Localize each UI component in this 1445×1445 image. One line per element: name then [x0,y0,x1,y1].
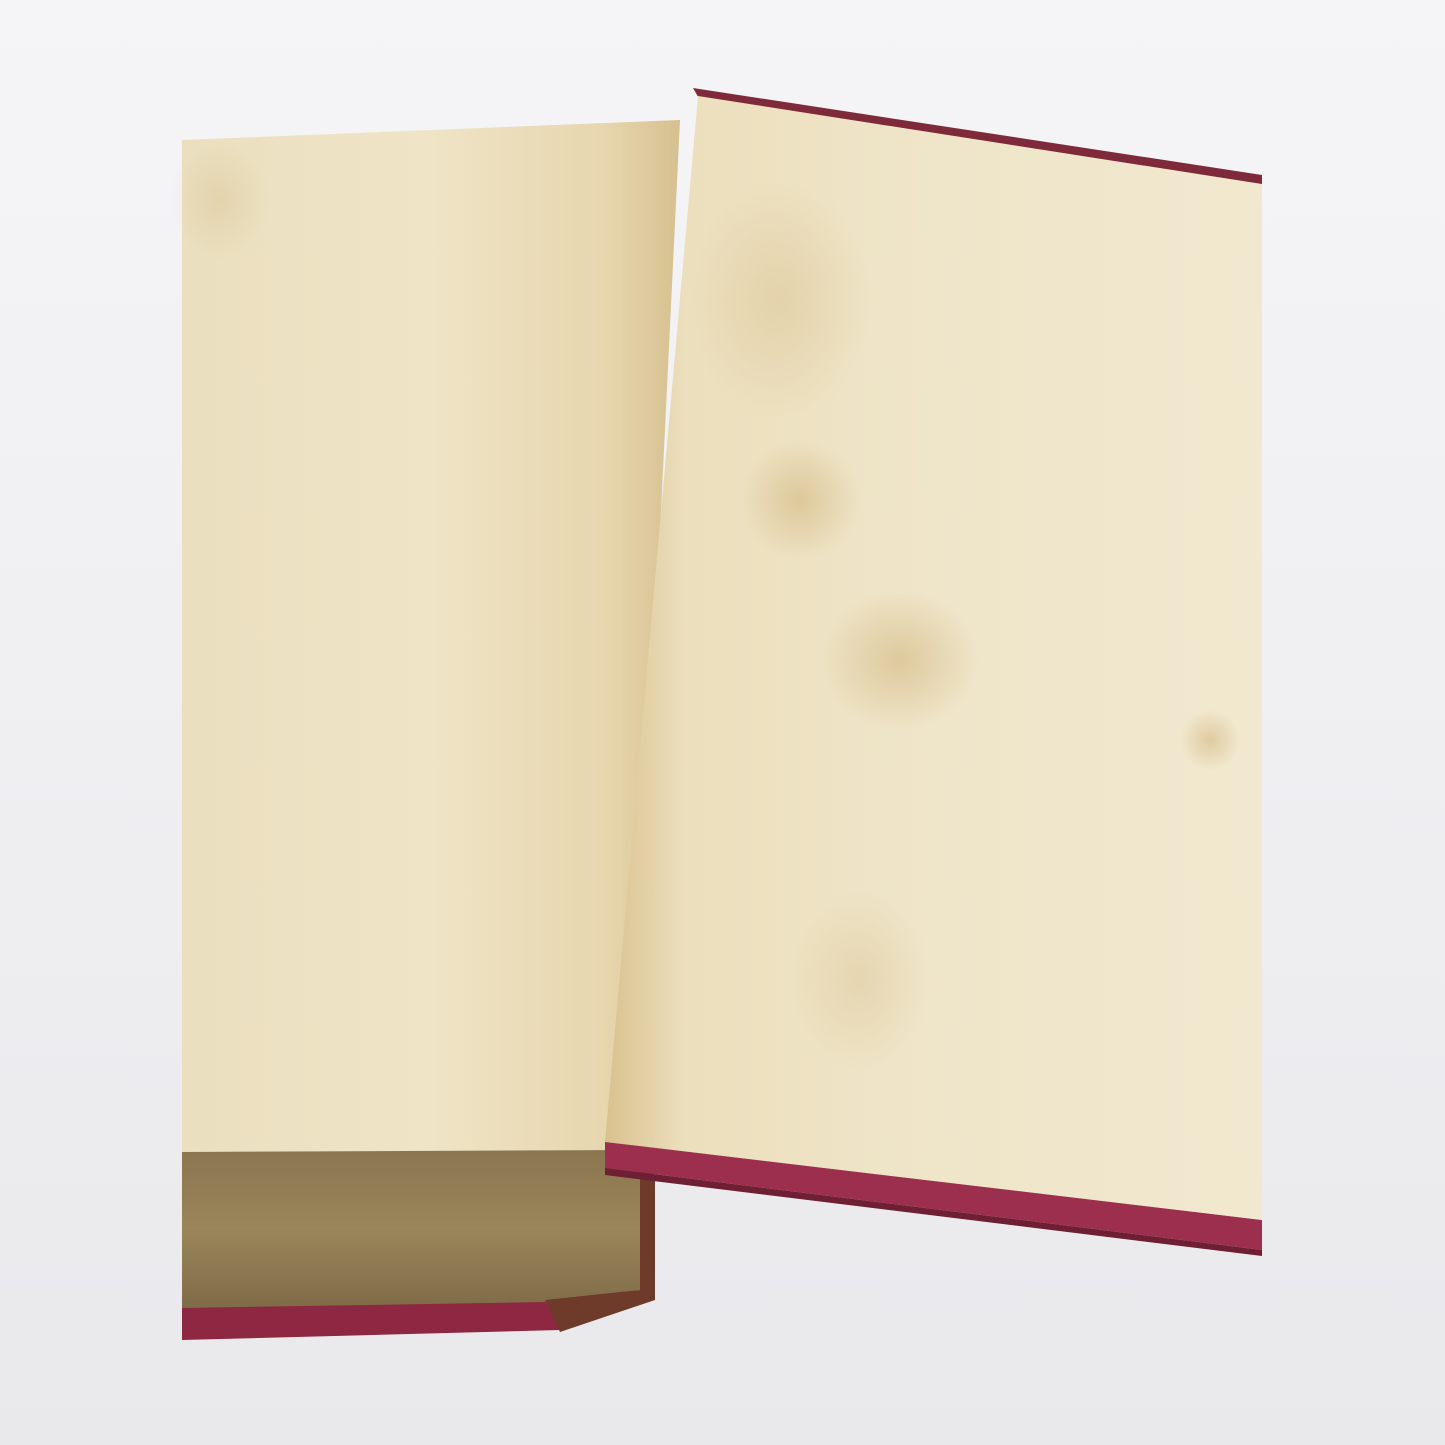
photo-scene [0,0,1445,1445]
page-block-edge [182,1150,640,1308]
left-page [182,120,680,1152]
open-book [0,0,1445,1445]
